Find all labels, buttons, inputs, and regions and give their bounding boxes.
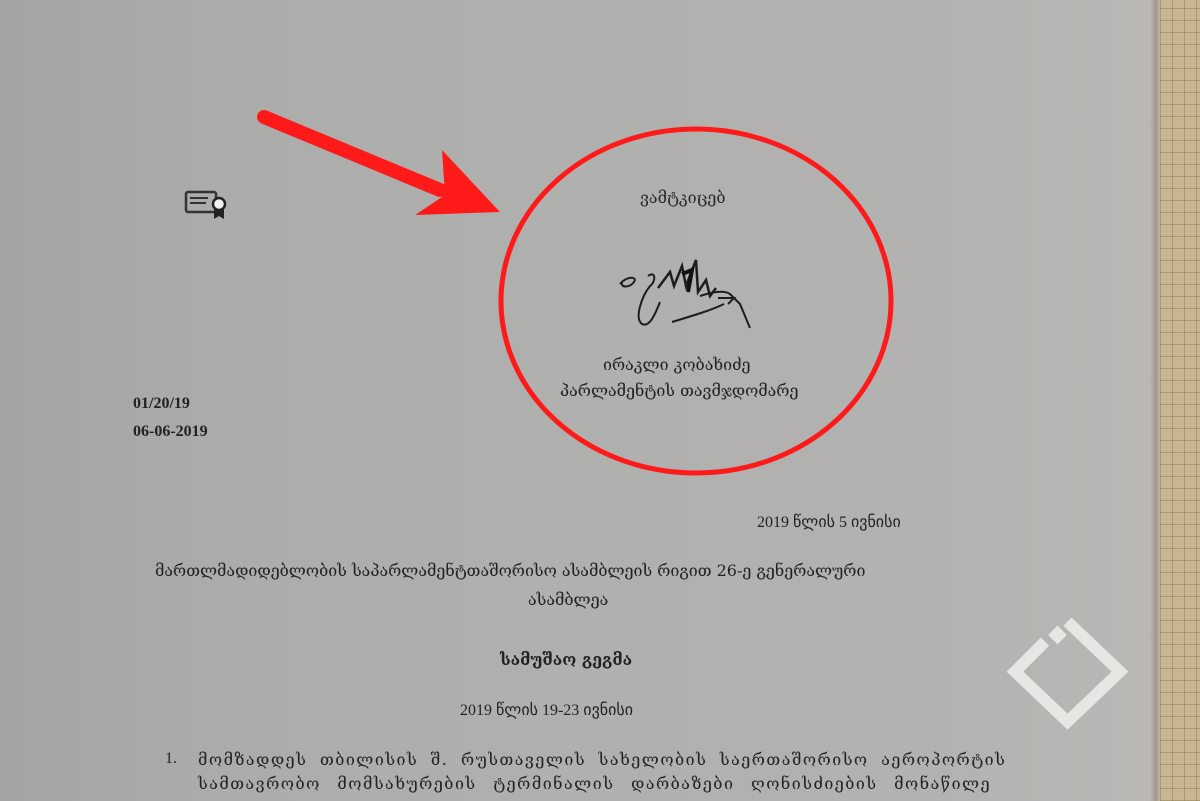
diamond-logo-watermark (1005, 605, 1130, 730)
red-circle (501, 129, 891, 473)
red-arrow (264, 117, 500, 215)
